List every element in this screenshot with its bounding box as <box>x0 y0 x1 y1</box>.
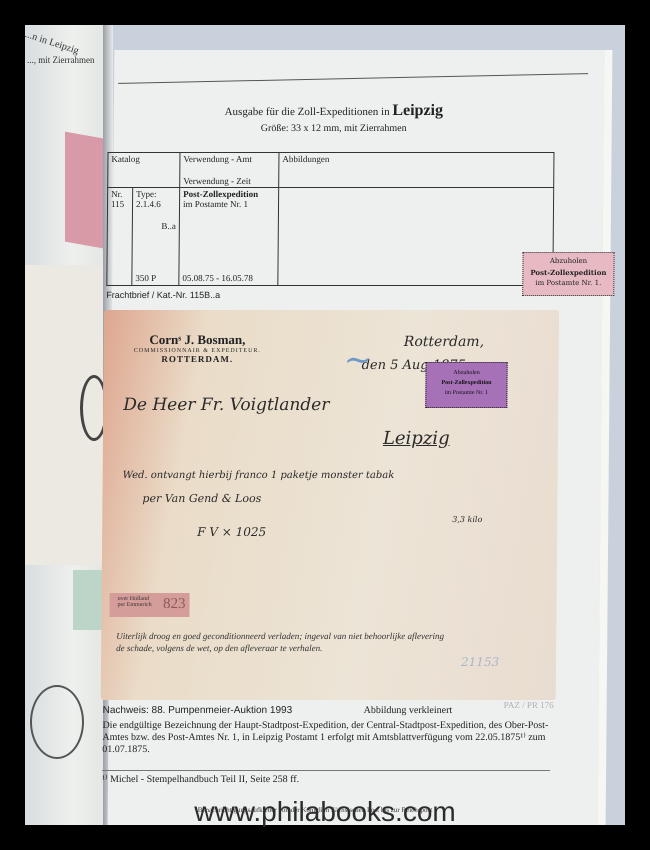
line-2: per Van Gend & Loos <box>142 492 261 505</box>
weight: 3,3 kilo <box>452 515 482 524</box>
routing-label: over Holland per Emmerich 823 <box>109 593 189 617</box>
printed-terms: Uiterlijk droog en goed geconditionneerd… <box>116 630 444 654</box>
line-3: F V × 1025 <box>197 525 266 539</box>
provenance: Nachweis: 88. Pumpenmeier-Auktion 1993 <box>103 705 543 716</box>
header-verwendung: Verwendung - Amt Verwendung - Zeit <box>180 153 279 188</box>
place: Rotterdam, <box>404 334 484 350</box>
stamp-illustration: Abzuholen Post-Zollexpedition im Postamt… <box>522 252 614 296</box>
left-page-letter-image <box>25 265 105 565</box>
letterhead: Cornˢ J. Bosman, COMMISSIONNAIR & EXPEDI… <box>134 332 261 364</box>
purple-stamp: Abzuholen Post-Zollexpedition im Postamt… <box>425 362 507 408</box>
letter-caption: Frachtbrief / Kat.-Nr. 115B..a <box>106 290 220 300</box>
left-page-subheader: ..., mit Zierrahmen <box>27 55 94 65</box>
title-city: Leipzig <box>392 102 443 119</box>
body-paragraph: Die endgültige Bezeichnung der Haupt-Sta… <box>102 720 550 756</box>
green-label <box>73 570 103 630</box>
footnote-rule <box>102 770 550 771</box>
left-page-stamp-image <box>65 132 103 249</box>
pencil-note: PAZ / PR 176 <box>504 700 554 710</box>
cell-nr: Nr. 115 <box>107 188 133 286</box>
line-1: Wed. ontvangt hierbij franco 1 paketje m… <box>123 470 395 481</box>
left-page: ...n in Leipzig ..., mit Zierrahmen <box>25 25 105 825</box>
page-edge <box>598 50 613 825</box>
footnote: ¹⁾ Michel - Stempelhandbuch Teil II, Sei… <box>102 774 299 785</box>
book-photo: ...n in Leipzig ..., mit Zierrahmen Ausg… <box>25 25 625 825</box>
watermark: www.philabooks.com <box>0 796 650 828</box>
round-postmark <box>30 685 84 759</box>
header-abbildungen: Abbildungen <box>279 153 554 188</box>
right-page: Ausgabe für die Zoll-Expeditionen in Lei… <box>108 50 605 825</box>
pencil-number: 21153 <box>461 655 499 669</box>
header-rule <box>118 73 588 84</box>
illustration-note: Abbildung verkleinert <box>364 705 453 716</box>
catalog-table: Katalog Verwendung - Amt Verwendung - Ze… <box>106 152 554 286</box>
page-subtitle: Größe: 33 x 12 mm, mit Zierrahmen <box>114 123 554 134</box>
blue-ink-mark: ~ <box>344 340 373 380</box>
destination: Leipzig <box>383 428 450 449</box>
cell-abbildungen: Abzuholen Post-Zollexpedition im Postamt… <box>278 188 554 286</box>
freight-letter-image: Cornˢ J. Bosman, COMMISSIONNAIR & EXPEDI… <box>101 310 559 700</box>
header-katalog: Katalog <box>108 153 180 188</box>
table-row: Nr. 115 Type: 2.1.4.6 B..a 350 P Post-Zo… <box>107 188 554 286</box>
cell-type: Type: 2.1.4.6 B..a 350 P <box>132 188 180 286</box>
left-page-header: ...n in Leipzig <box>25 29 80 57</box>
cell-verwendung: Post-Zollexpedition im Postamte Nr. 1 05… <box>179 188 279 286</box>
addressee: De Heer Fr. Voigtlander <box>123 395 329 415</box>
page-title: Ausgabe für die Zoll-Expeditionen in Lei… <box>114 102 554 120</box>
